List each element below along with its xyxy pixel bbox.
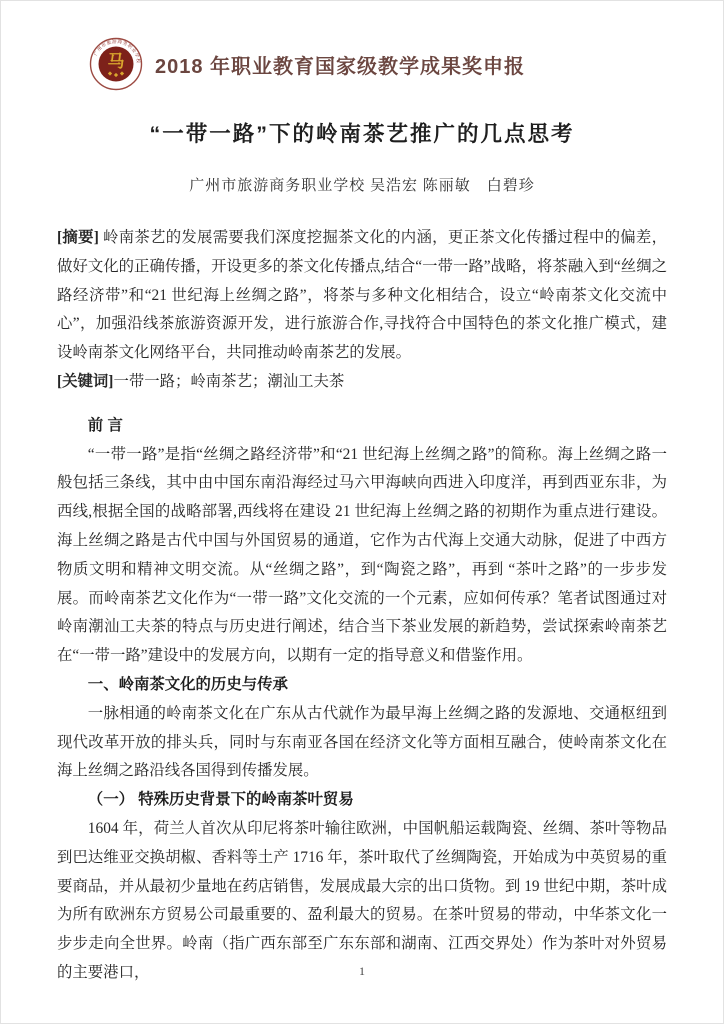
paragraph-label: 一、岭南茶文化的历史与传承 [88, 676, 288, 693]
paragraph-label: （一） 特殊历史背景下的岭南茶叶贸易 [88, 791, 354, 808]
authors-line: 广州市旅游商务职业学校 吴浩宏 陈丽敏 白碧珍 [1, 174, 723, 195]
section-heading-1-1: （一） 特殊历史背景下的岭南茶叶贸易 [57, 786, 667, 815]
paragraph-label: [摘要] [57, 229, 103, 246]
header: 广州市旅游商务职业学校 马 2018 年职业教育国家级教学成果奖申报 [89, 37, 723, 91]
page-title: “一带一路”下的岭南茶艺推广的几点思考 [1, 117, 723, 148]
paragraph-text: 1604 年，荷兰人首次从印尼将茶叶输往欧洲，中国帆船运载陶瓷、丝绸、茶叶等物品… [57, 820, 667, 981]
paragraph-text: 岭南茶艺的发展需要我们深度挖掘茶文化的内涵，更正茶文化传播过程中的偏差，做好文化… [57, 229, 667, 361]
header-badge-title: 2018 年职业教育国家级教学成果奖申报 [155, 50, 525, 79]
section-1-1-paragraph: 1604 年，荷兰人首次从印尼将茶叶输往欧洲，中国帆船运载陶瓷、丝绸、茶叶等物品… [57, 815, 667, 988]
seal-horse-glyph: 马 [108, 51, 125, 71]
page-number: 1 [1, 964, 723, 979]
paragraph-text: 一脉相通的岭南茶文化在广东从古代就作为最早海上丝绸之路的发源地、交通枢纽到现代改… [57, 705, 667, 780]
preface-paragraph: “一带一路”是指“丝绸之路经济带”和“21 世纪海上丝绸之路”的简称。海上丝绸之… [57, 441, 667, 671]
paragraph-text: 一带一路；岭南茶艺；潮汕工夫茶 [113, 373, 344, 390]
paragraph-label: 前 言 [88, 417, 123, 434]
section-heading-preface: 前 言 [57, 412, 667, 441]
section-heading-1: 一、岭南茶文化的历史与传承 [57, 671, 667, 700]
keywords-paragraph: [关键词]一带一路；岭南茶艺；潮汕工夫茶 [57, 368, 667, 397]
school-seal-icon: 广州市旅游商务职业学校 马 [89, 37, 143, 91]
document-page: 广州市旅游商务职业学校 马 2018 年职业教育国家级教学成果奖申报 “一带一路… [0, 0, 724, 1024]
paragraph-text: “一带一路”是指“丝绸之路经济带”和“21 世纪海上丝绸之路”的简称。海上丝绸之… [57, 446, 667, 665]
document-body: [摘要] 岭南茶艺的发展需要我们深度挖掘茶文化的内涵，更正茶文化传播过程中的偏差… [1, 224, 723, 988]
paragraph-label: [关键词] [57, 373, 113, 390]
section-1-paragraph: 一脉相通的岭南茶文化在广东从古代就作为最早海上丝绸之路的发源地、交通枢纽到现代改… [57, 700, 667, 786]
abstract-paragraph: [摘要] 岭南茶艺的发展需要我们深度挖掘茶文化的内涵，更正茶文化传播过程中的偏差… [57, 224, 667, 368]
